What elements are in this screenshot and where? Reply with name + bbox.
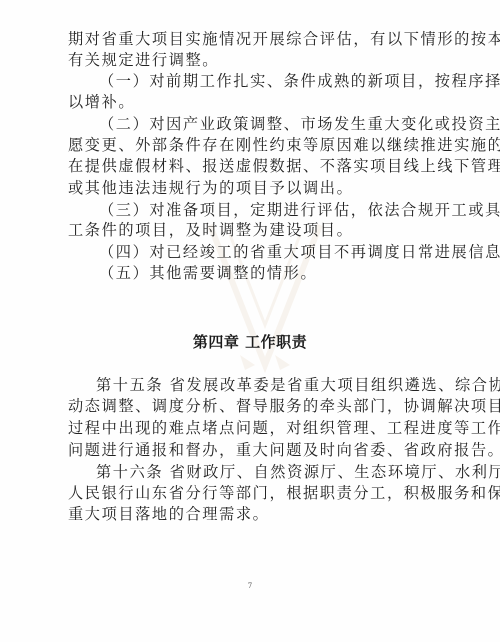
page-number: 7 [0, 582, 500, 590]
article-15: 第十五条 省发展改革委是省重大项目组织遴选、综合协调、 [96, 375, 438, 395]
body-line: 动态调整、调度分析、督导服务的牵头部门，协调解决项目实施 [68, 396, 438, 416]
article-16: 第十六条 省财政厅、自然资源厅、生态环境厅、水利厅和 [96, 462, 438, 482]
body-line: 或其他违法违规行为的项目予以调出。 [68, 178, 438, 198]
list-item-1: （一）对前期工作扎实、条件成熟的新项目，按程序择优予 [99, 71, 438, 91]
body-line: 在提供虚假材料、报送虚假数据、不落实项目线上线下管理规范 [68, 156, 438, 176]
body-line: 重大项目落地的合理需求。 [68, 504, 438, 524]
body-line: 有关规定进行调整。 [68, 50, 438, 70]
chapter-title: 第四章 工作职责 [0, 331, 500, 352]
list-item-4: （四）对已经竣工的省重大项目不再调度日常进展信息。 [99, 242, 438, 262]
body-line: 人民银行山东省分行等部门，根据职责分工，积极服务和保障省 [68, 483, 438, 503]
body-line: 期对省重大项目实施情况开展综合评估，有以下情形的按本办法 [68, 29, 438, 49]
list-item-5: （五）其他需要调整的情形。 [99, 263, 438, 283]
list-item-3: （三）对准备项目，定期进行评估，依法合规开工或具备开 [99, 200, 438, 220]
body-line: 过程中出现的难点堵点问题，对组织管理、工程进度等工作不力 [68, 418, 438, 438]
document-page: 期对省重大项目实施情况开展综合评估，有以下情形的按本办法 有关规定进行调整。 （… [0, 0, 500, 642]
body-line: 愿变更、外部条件存在刚性约束等原因难以继续推进实施的，存 [68, 135, 438, 155]
body-line: 以增补。 [68, 92, 438, 112]
body-line: 工条件的项目，及时调整为建设项目。 [68, 220, 438, 240]
list-item-2: （二）对因产业政策调整、市场发生重大变化或投资主体意 [99, 114, 438, 134]
body-line: 问题进行通报和督办，重大问题及时向省委、省政府报告。 [68, 440, 438, 460]
